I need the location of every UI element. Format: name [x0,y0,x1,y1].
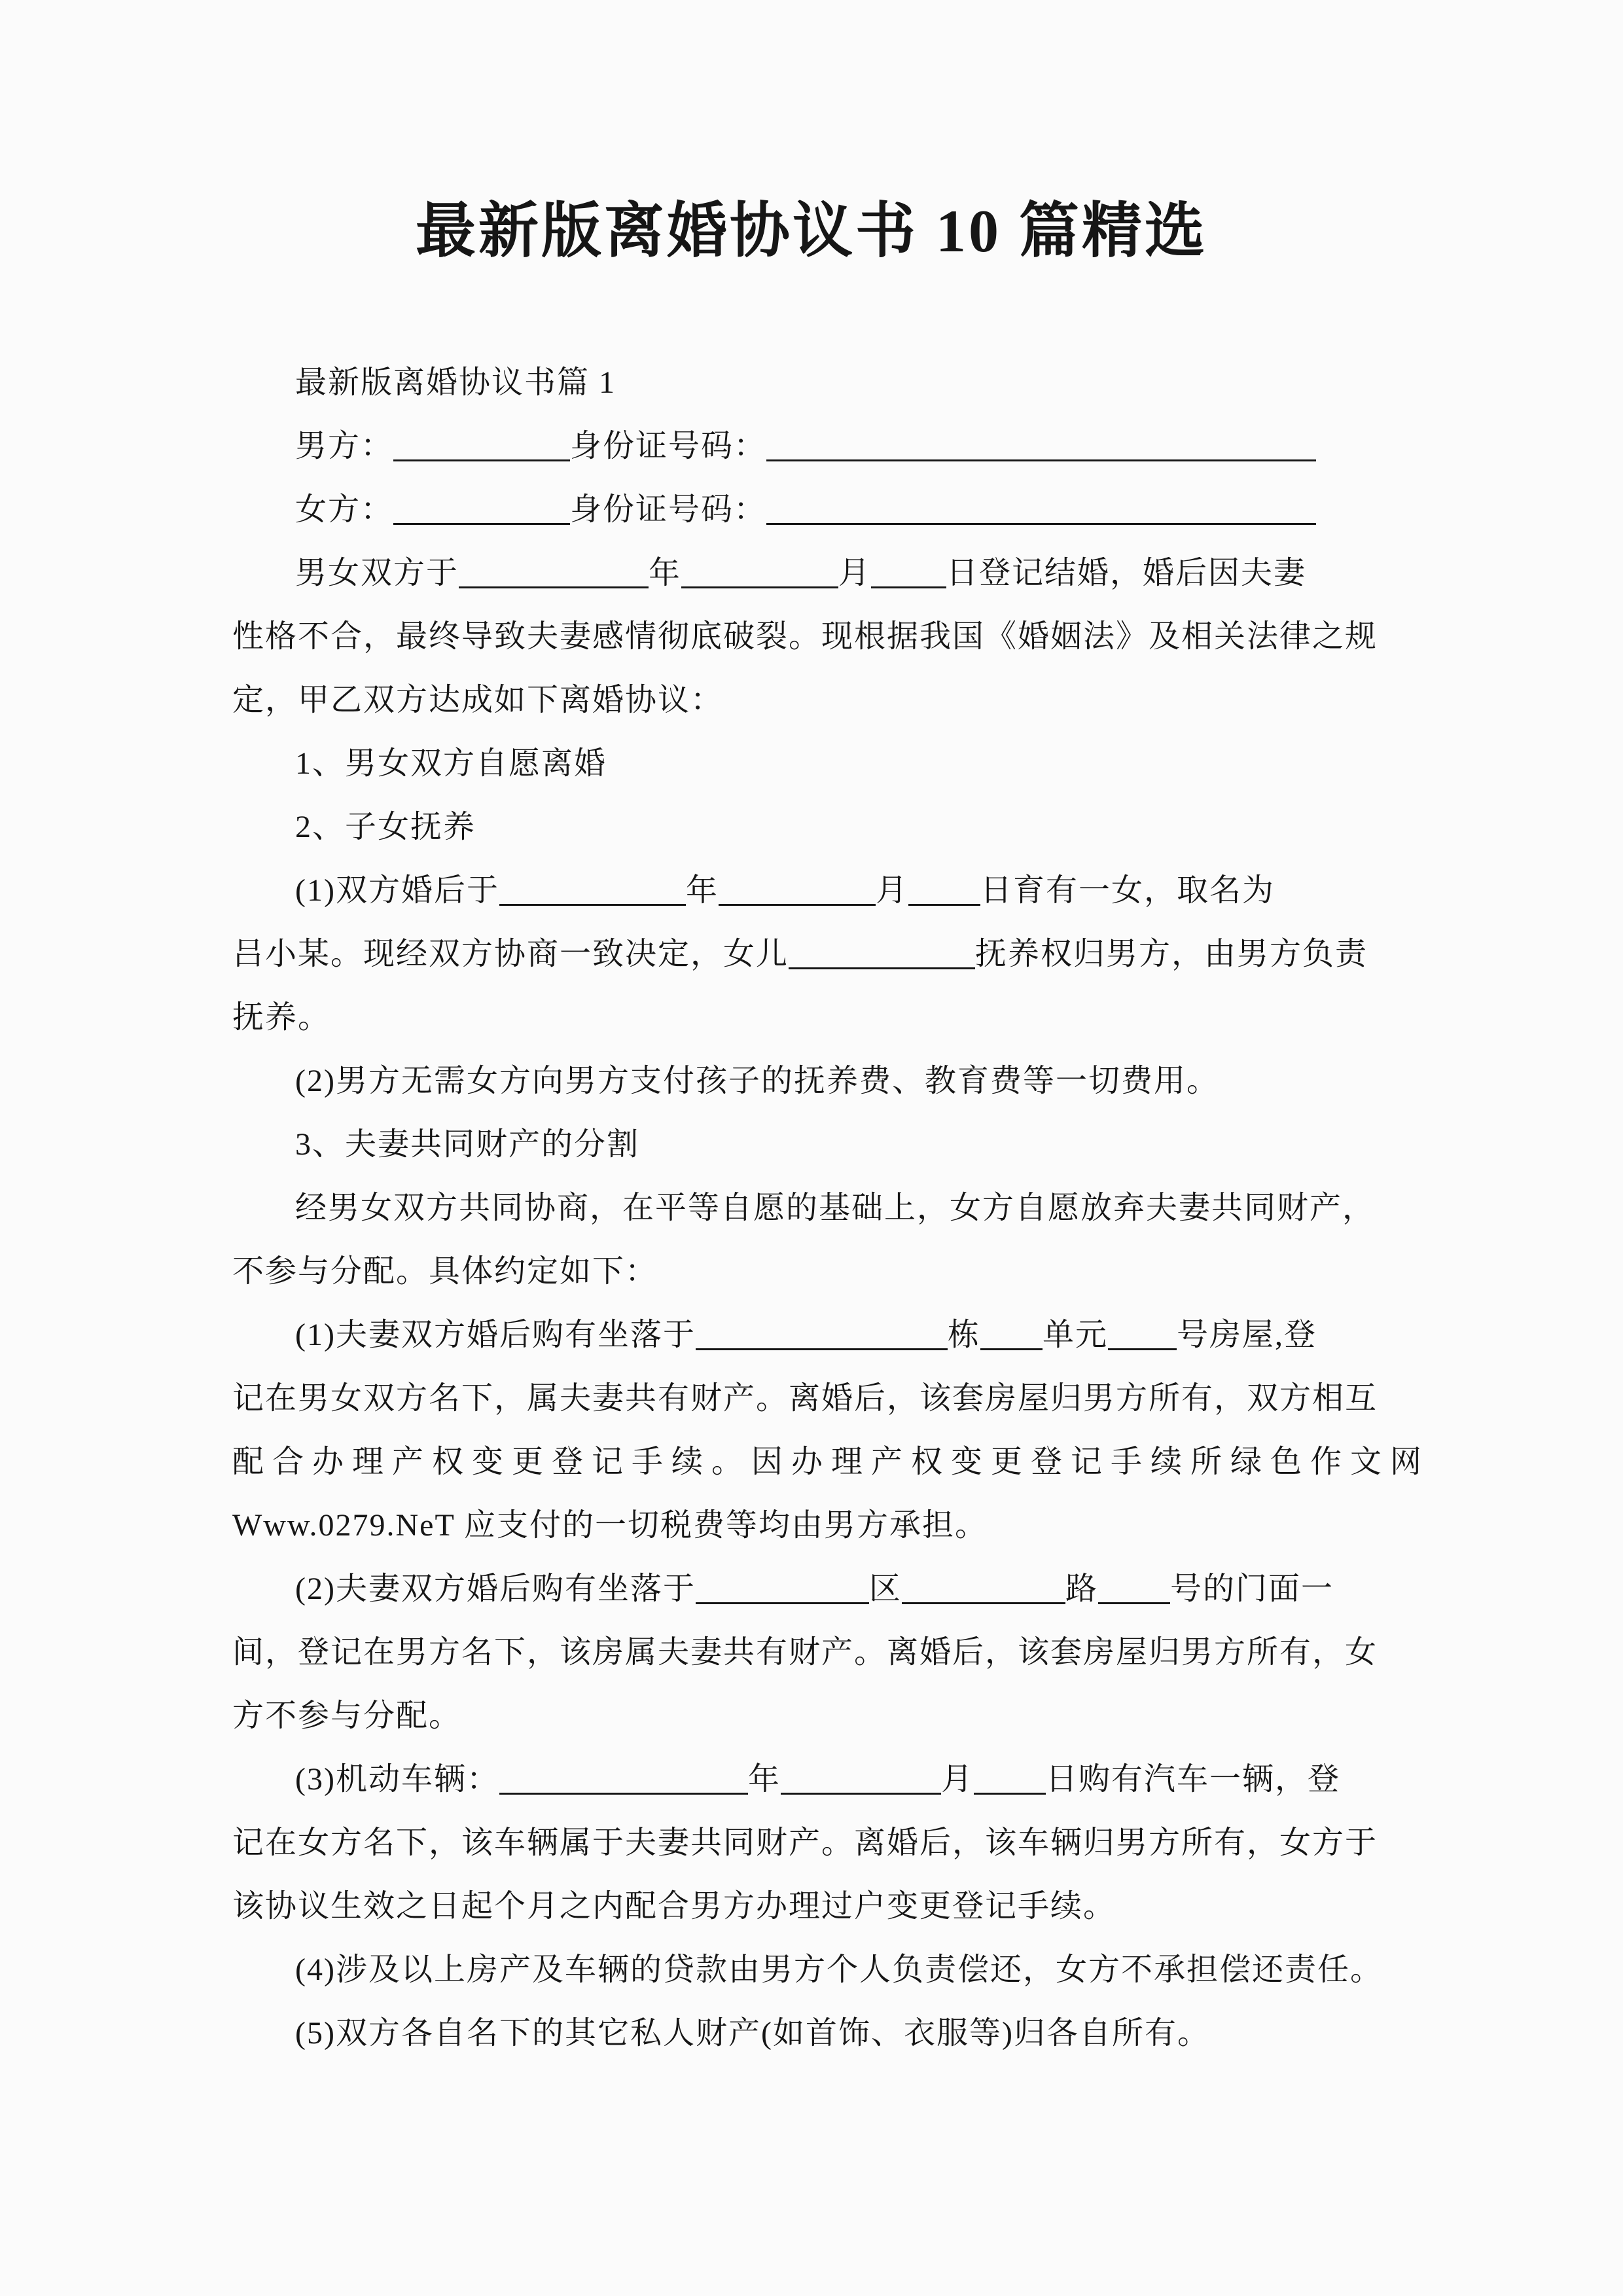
text-segment: 女方： [295,492,393,527]
fill-in-blank-underline [908,896,980,906]
text-line: (1)双方婚后于年月日育有一女，取名为 [232,859,1404,922]
fill-in-blank-underline [1108,1340,1177,1350]
text-segment: 号的门面一 [1170,1571,1334,1606]
text-line: 间，登记在男方名下，该房属夫妻共有财产。离婚后，该套房屋归男方所有，女 [232,1621,1404,1684]
text-line: 2、子女抚养 [232,795,1404,859]
fill-in-blank-underline [719,896,876,906]
text-line: 方不参与分配。 [232,1684,1404,1748]
text-segment: 1、男女双方自愿离婚 [295,746,607,781]
fill-in-blank-underline [696,1340,948,1350]
text-line: (2)男方无需女方向男方支付孩子的抚养费、教育费等一切费用。 [232,1049,1404,1113]
text-line: 性格不合，最终导致夫妻感情彻底破裂。现根据我国《婚姻法》及相关法律之规 [232,605,1404,668]
text-line: 不参与分配。具体约定如下： [232,1240,1404,1303]
text-line: (2)夫妻双方婚后购有坐落于区路号的门面一 [232,1557,1404,1621]
text-line: 记在男女双方名下，属夫妻共有财产。离婚后，该套房屋归男方所有，双方相互 [232,1367,1404,1430]
text-line: Www.0279.NeT 应支付的一切税费等均由男方承担。 [232,1494,1404,1557]
text-segment: (5)双方各自名下的其它私人财产(如首饰、衣服等)归各自所有。 [295,2016,1210,2051]
text-segment: 吕小某。现经双方协商一致决定，女儿 [232,937,789,971]
fill-in-blank-underline [980,1340,1043,1350]
text-line: 男方：身份证号码： [232,414,1404,478]
text-segment: 定，甲乙双方达成如下离婚协议： [232,683,723,717]
text-segment: 月 [941,1762,974,1797]
text-segment: 身份证号码： [570,492,766,527]
fill-in-blank-underline [499,1785,748,1795]
text-segment: 男女双方于 [295,556,459,590]
fill-in-blank-underline [499,896,686,906]
text-segment: 男方： [295,429,393,463]
text-segment: (2)男方无需女方向男方支付孩子的抚养费、教育费等一切费用。 [295,1064,1219,1098]
fill-in-blank-underline [766,515,1316,525]
text-segment: (2)夫妻双方婚后购有坐落于 [295,1571,696,1606]
text-segment: 单元 [1043,1318,1108,1352]
text-segment: (3)机动车辆： [295,1762,499,1797]
text-line: 吕小某。现经双方协商一致决定，女儿抚养权归男方，由男方负责 [232,922,1404,986]
document-title: 最新版离婚协议书 10 篇精选 [0,0,1623,267]
text-line: 定，甲乙双方达成如下离婚协议： [232,668,1404,732]
fill-in-blank-underline [393,452,570,461]
text-segment: 不参与分配。具体约定如下： [232,1254,658,1289]
text-segment: Www.0279.NeT 应支付的一切税费等均由男方承担。 [232,1508,988,1543]
text-segment: 方不参与分配。 [232,1698,461,1733]
text-segment: 抚养权归男方，由男方负责 [975,937,1368,971]
text-line: 经男女双方共同协商，在平等自愿的基础上，女方自愿放弃夫妻共同财产， [232,1176,1404,1240]
text-segment: 年 [748,1762,781,1797]
text-line: (4)涉及以上房产及车辆的贷款由男方个人负责偿还，女方不承担偿还责任。 [232,1938,1404,2001]
text-segment: 该协议生效之日起个月之内配合男方办理过户变更登记手续。 [232,1889,1116,1924]
text-segment: 3、夫妻共同财产的分割 [295,1127,639,1162]
text-segment: 月 [838,556,871,590]
text-segment: 2、子女抚养 [295,810,476,844]
text-line: (1)夫妻双方婚后购有坐落于栋单元号房屋,登 [232,1303,1404,1367]
fill-in-blank-underline [459,579,649,588]
text-segment: (4)涉及以上房产及车辆的贷款由男方个人负责偿还，女方不承担偿还责任。 [295,1952,1383,1987]
text-line: (3)机动车辆：年月日购有汽车一辆，登 [232,1748,1404,1811]
text-segment: 日登记结婚，婚后因夫妻 [946,556,1306,590]
text-segment: 日育有一女，取名为 [980,873,1275,908]
fill-in-blank-underline [871,579,946,588]
text-segment: 性格不合，最终导致夫妻感情彻底破裂。现根据我国《婚姻法》及相关法律之规 [232,619,1378,654]
text-segment: 区 [869,1571,902,1606]
fill-in-blank-underline [902,1594,1065,1604]
text-segment: 抚养。 [232,1000,330,1035]
text-line: 最新版离婚协议书篇 1 [232,351,1404,414]
text-line: 抚养。 [232,986,1404,1049]
fill-in-blank-underline [696,1594,869,1604]
fill-in-blank-underline [681,579,838,588]
text-line: 男女双方于年月日登记结婚，婚后因夫妻 [232,541,1404,605]
text-segment: 年 [686,873,719,908]
document-body: 最新版离婚协议书篇 1男方：身份证号码：女方：身份证号码：男女双方于年月日登记结… [232,351,1404,2065]
document-page: 最新版离婚协议书 10 篇精选 最新版离婚协议书篇 1男方：身份证号码：女方：身… [0,0,1623,2296]
text-segment: 间，登记在男方名下，该房属夫妻共有财产。离婚后，该套房屋归男方所有，女 [232,1635,1378,1670]
fill-in-blank-underline [781,1785,941,1795]
text-segment: 记在男女双方名下，属夫妻共有财产。离婚后，该套房屋归男方所有，双方相互 [232,1381,1378,1416]
text-line: 3、夫妻共同财产的分割 [232,1113,1404,1176]
text-line: 配合办理产权变更登记手续。因办理产权变更登记手续所绿色作文网 [232,1430,1404,1494]
text-line: (5)双方各自名下的其它私人财产(如首饰、衣服等)归各自所有。 [232,2001,1404,2065]
fill-in-blank-underline [393,515,570,525]
text-segment: 栋 [948,1318,980,1352]
text-line: 记在女方名下，该车辆属于夫妻共同财产。离婚后，该车辆归男方所有，女方于 [232,1811,1404,1874]
text-segment: 经男女双方共同协商，在平等自愿的基础上，女方自愿放弃夫妻共同财产， [295,1191,1375,1225]
text-segment: (1)双方婚后于 [295,873,499,908]
text-segment: 最新版离婚协议书篇 1 [295,365,616,400]
text-segment: 记在女方名下，该车辆属于夫妻共同财产。离婚后，该车辆归男方所有，女方于 [232,1825,1378,1860]
text-line: 女方：身份证号码： [232,478,1404,541]
fill-in-blank-underline [1098,1594,1170,1604]
text-segment: 年 [649,556,681,590]
text-segment: 路 [1065,1571,1098,1606]
fill-in-blank-underline [789,960,975,969]
text-segment: 月 [876,873,908,908]
text-segment: 日购有汽车一辆，登 [1046,1762,1340,1797]
text-line: 1、男女双方自愿离婚 [232,732,1404,795]
text-segment: 号房屋,登 [1177,1318,1317,1352]
text-segment: 身份证号码： [570,429,766,463]
fill-in-blank-underline [974,1785,1046,1795]
fill-in-blank-underline [766,452,1316,461]
text-segment: (1)夫妻双方婚后购有坐落于 [295,1318,696,1352]
text-segment: 配合办理产权变更登记手续。因办理产权变更登记手续所绿色作文网 [232,1444,1430,1479]
text-line: 该协议生效之日起个月之内配合男方办理过户变更登记手续。 [232,1874,1404,1938]
